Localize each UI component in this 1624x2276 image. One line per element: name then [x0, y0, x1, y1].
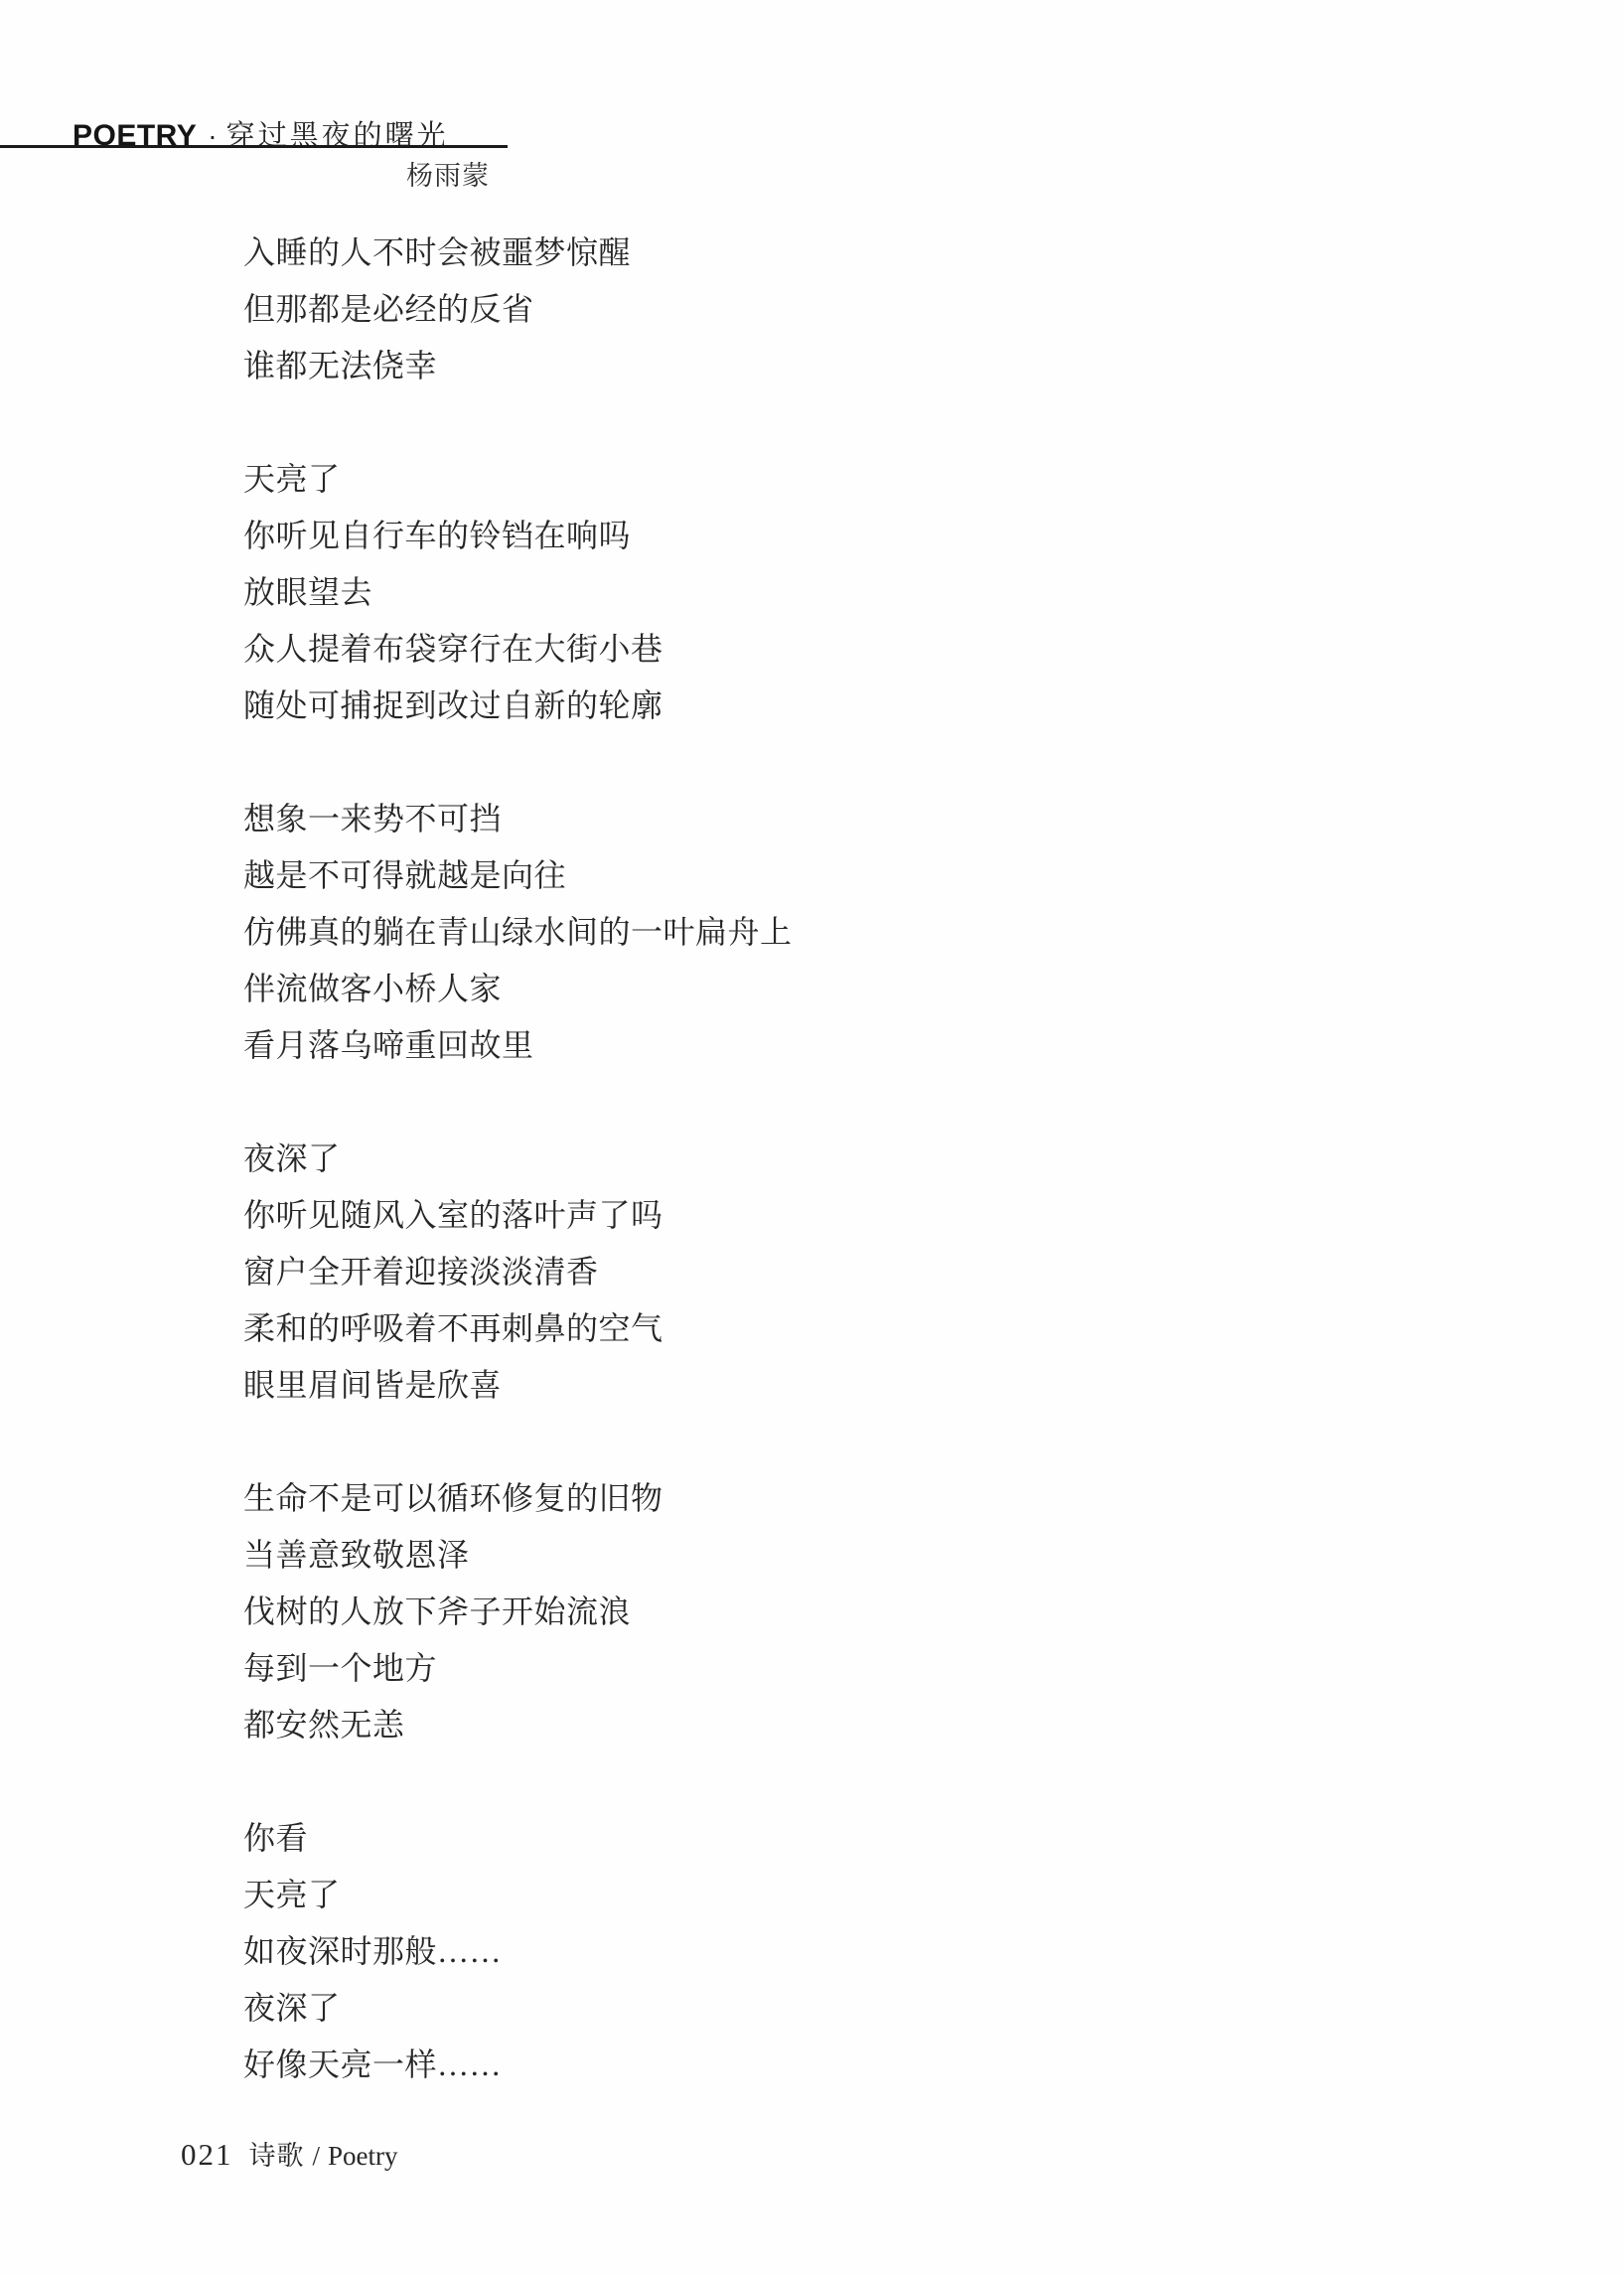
poem-line: 伐树的人放下斧子开始流浪 [243, 1584, 793, 1640]
poem-line: 想象一来势不可挡 [243, 791, 793, 847]
poem-stanza: 生命不是可以循环修复的旧物当善意致敬恩泽伐树的人放下斧子开始流浪每到一个地方都安… [243, 1470, 793, 1753]
poem: 入睡的人不时会被噩梦惊醒但那都是必经的反省谁都无法侥幸天亮了你听见自行车的铃铛在… [243, 225, 793, 2150]
poem-line: 伴流做客小桥人家 [243, 961, 793, 1017]
poem-line: 仿佛真的躺在青山绿水间的一叶扁舟上 [243, 904, 793, 961]
page-footer: 021 诗歌 / Poetry [181, 2134, 398, 2173]
poem-line: 入睡的人不时会被噩梦惊醒 [243, 225, 793, 281]
poem-line: 天亮了 [243, 451, 793, 508]
poem-line: 好像天亮一样…… [243, 2037, 793, 2093]
poem-line: 每到一个地方 [243, 1640, 793, 1697]
poem-line: 看月落乌啼重回故里 [243, 1017, 793, 1074]
poem-line: 随处可捕捉到改过自新的轮廓 [243, 678, 793, 734]
footer-section-en: Poetry [328, 2141, 398, 2172]
header-rule [0, 145, 508, 148]
poem-line: 当善意致敬恩泽 [243, 1527, 793, 1584]
poem-line: 窗户全开着迎接淡淡清香 [243, 1244, 793, 1300]
poem-line: 都安然无恙 [243, 1697, 793, 1753]
poem-line: 谁都无法侥幸 [243, 338, 793, 394]
poem-line: 夜深了 [243, 1980, 793, 2037]
page-number: 021 [181, 2137, 233, 2173]
poem-stanza: 入睡的人不时会被噩梦惊醒但那都是必经的反省谁都无法侥幸 [243, 225, 793, 394]
poem-line: 放眼望去 [243, 564, 793, 621]
poem-line: 夜深了 [243, 1131, 793, 1187]
footer-section-cn: 诗歌 [249, 2134, 305, 2173]
book-page: POETRY · 穿过黑夜的曙光 杨雨蒙 入睡的人不时会被噩梦惊醒但那都是必经的… [0, 0, 1624, 2276]
poem-line: 越是不可得就越是向往 [243, 847, 793, 904]
poem-line: 柔和的呼吸着不再刺鼻的空气 [243, 1300, 793, 1357]
poem-line: 你听见自行车的铃铛在响吗 [243, 508, 793, 564]
poem-line: 天亮了 [243, 1867, 793, 1923]
poem-line: 但那都是必经的反省 [243, 281, 793, 338]
poem-line: 如夜深时那般…… [243, 1923, 793, 1980]
poem-line: 眼里眉间皆是欣喜 [243, 1357, 793, 1414]
footer-separator: / [313, 2141, 321, 2172]
poem-line: 你看 [243, 1810, 793, 1867]
poem-line: 生命不是可以循环修复的旧物 [243, 1470, 793, 1527]
poem-line: 众人提着布袋穿行在大街小巷 [243, 621, 793, 678]
poem-stanza: 天亮了你听见自行车的铃铛在响吗放眼望去众人提着布袋穿行在大街小巷随处可捕捉到改过… [243, 451, 793, 734]
author-name: 杨雨蒙 [241, 154, 490, 193]
poem-stanza: 你看天亮了如夜深时那般……夜深了好像天亮一样…… [243, 1810, 793, 2093]
poem-line: 你听见随风入室的落叶声了吗 [243, 1187, 793, 1244]
poem-stanza: 想象一来势不可挡越是不可得就越是向往仿佛真的躺在青山绿水间的一叶扁舟上伴流做客小… [243, 791, 793, 1074]
poem-stanza: 夜深了你听见随风入室的落叶声了吗窗户全开着迎接淡淡清香柔和的呼吸着不再刺鼻的空气… [243, 1131, 793, 1414]
